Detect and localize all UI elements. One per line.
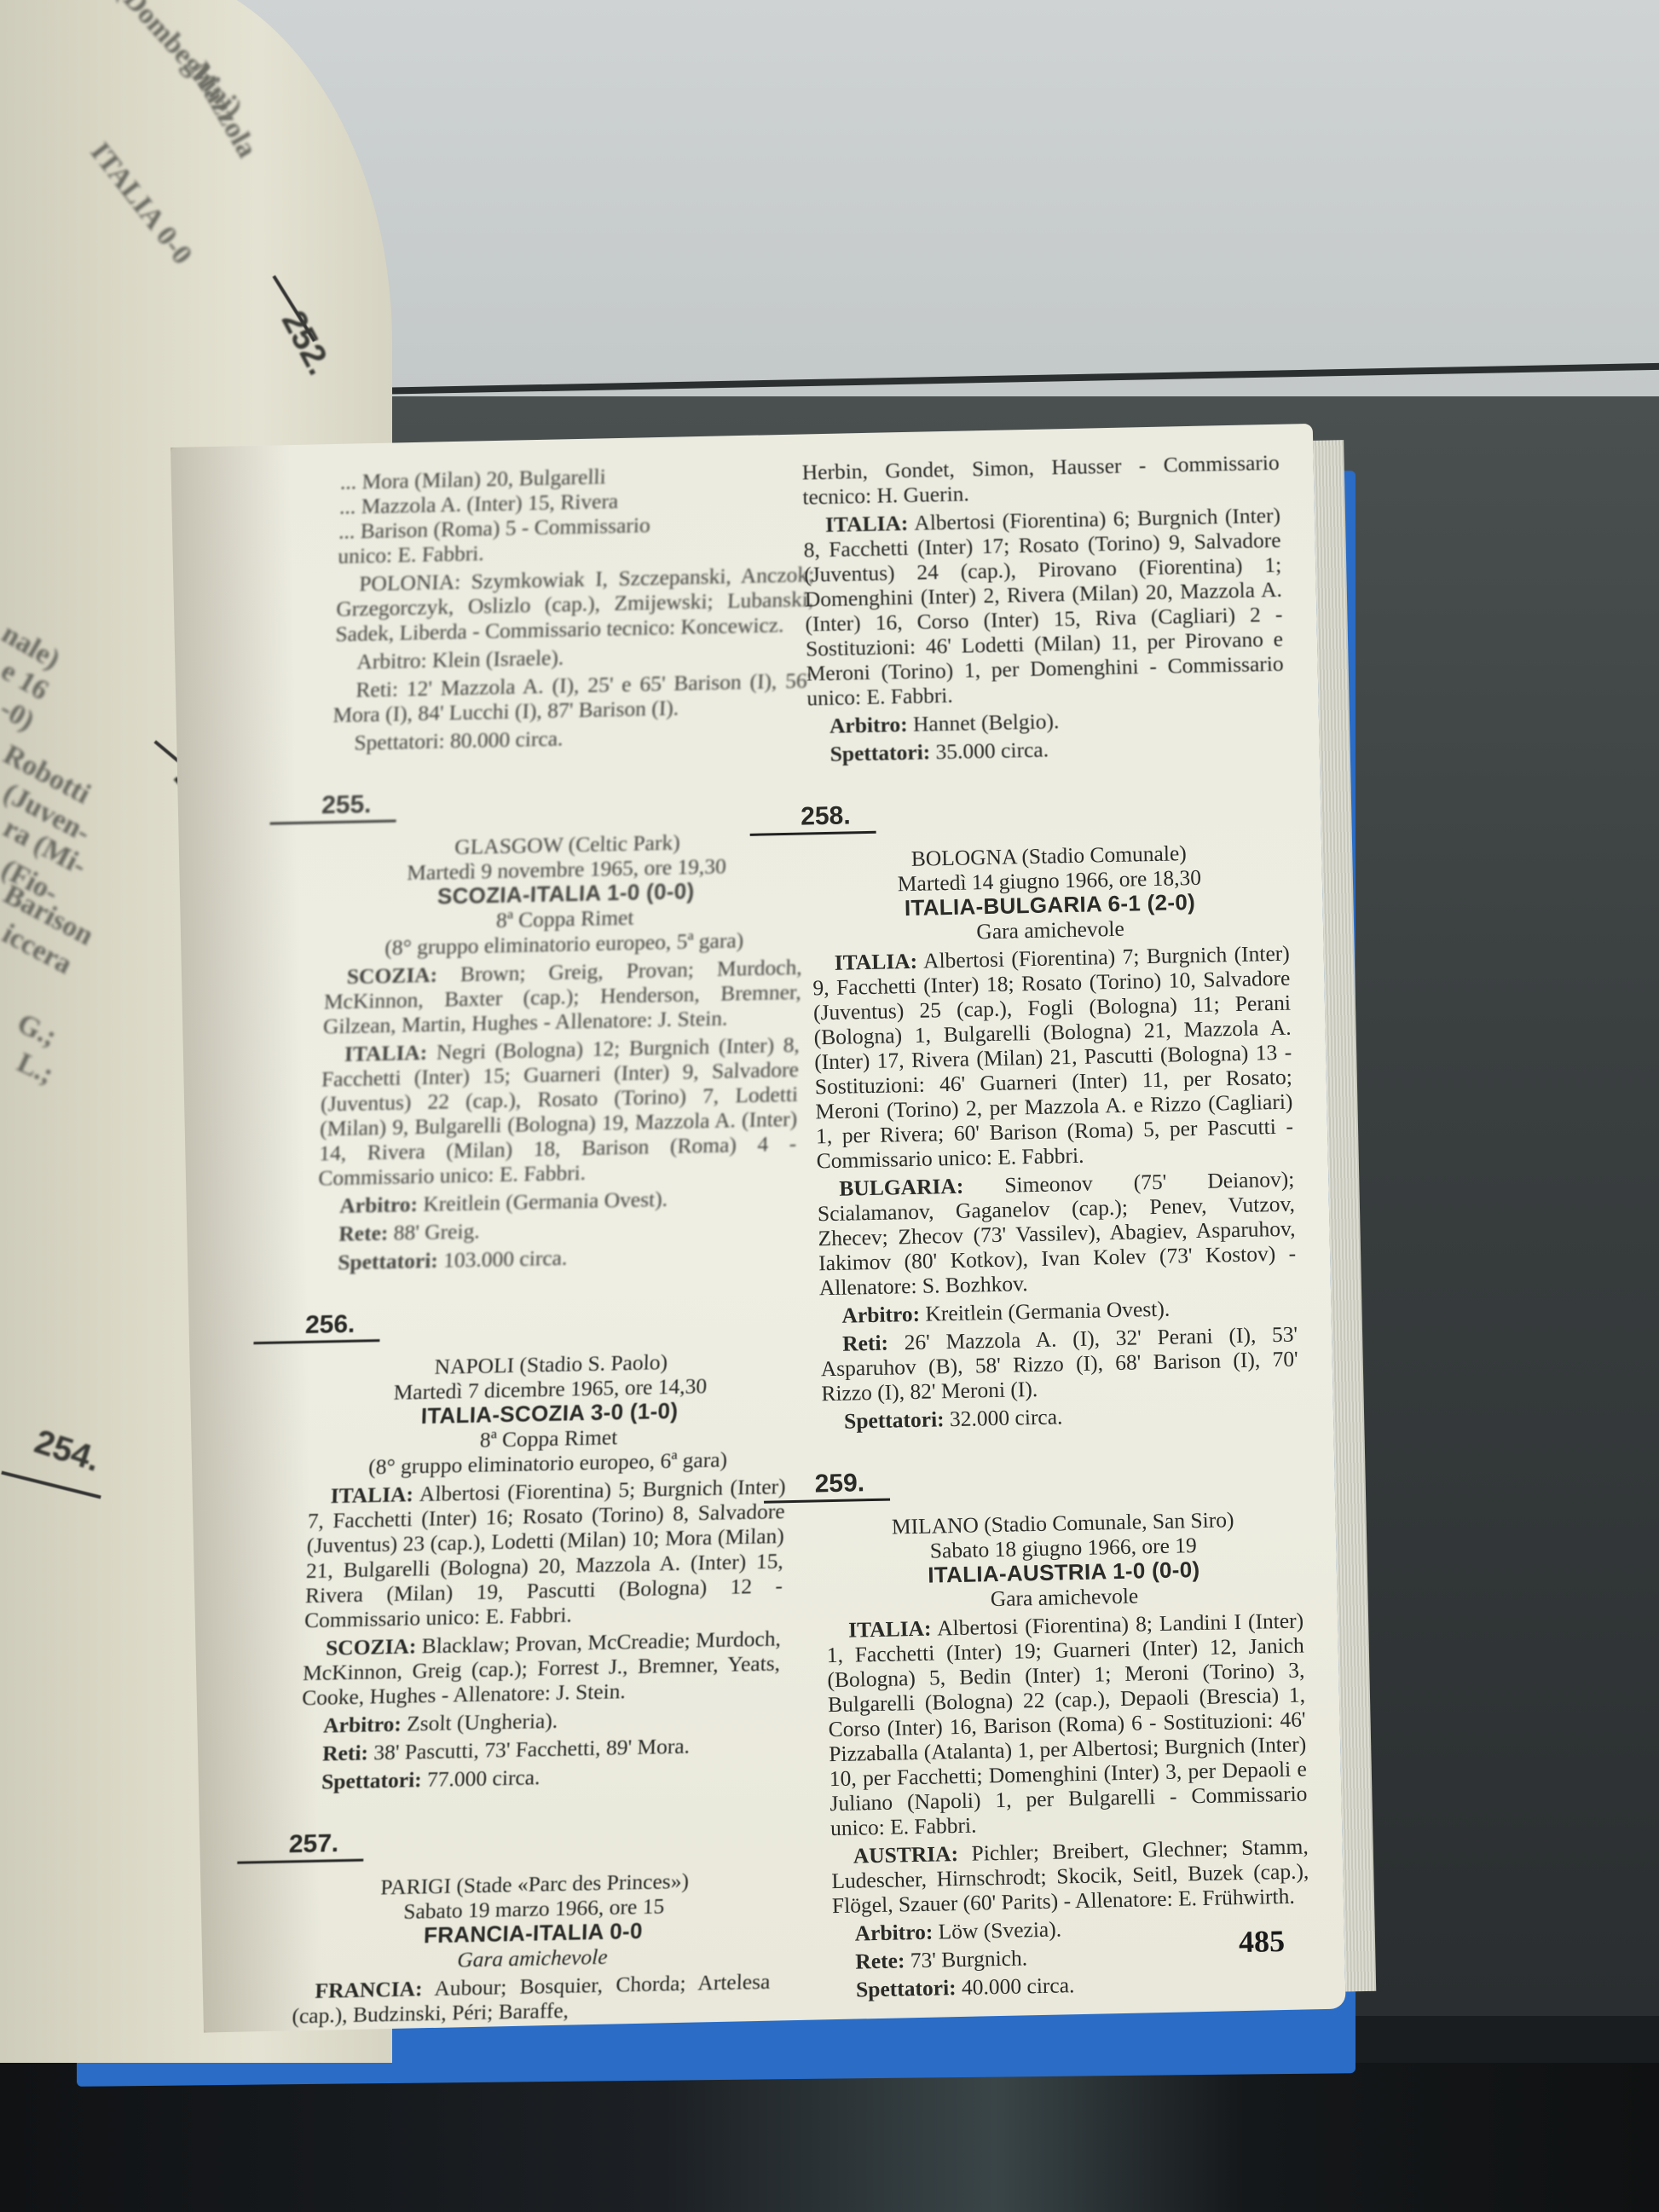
background-table [0,2063,1659,2212]
spectators: Spettatori: 80.000 circa. [332,720,810,755]
team-lineup: ITALIA: Negri (Bologna) 12; Burgnich (In… [318,1032,800,1191]
spectators: Spettatori: 32.000 circa. [822,1400,1299,1435]
right-column: Herbin, Gondet, Simon, Hausser - Commiss… [801,450,1312,2040]
match-entry-255: 255. GLASGOW (Celtic Park) Martedì 9 nov… [315,783,808,1274]
match-entry-256: 256. NAPOLI (Stadio S. Paolo) Martedì 7 … [299,1302,792,1794]
spectators: Spettatori: 40.000 circa. [834,1967,1311,2002]
entry-number: 259. [763,1470,890,1504]
spectators: Spettatori: 35.000 circa. [807,732,1285,767]
entry-number: 257. [237,1831,364,1864]
team-lineup: POLONIA: Szymkowiak I, Szczepanski, Ancz… [335,562,815,646]
left-page-fragment: (Dombeghini) [110,0,248,124]
entry-number: 254. [30,1423,105,1480]
team-lineup: SCOZIA: Brown; Greig, Provan; Murdoch, M… [323,955,803,1039]
team-lineup: ITALIA: Albertosi (Fiorentina) 7; Burgni… [812,941,1294,1174]
entry-number: 252. [274,305,338,382]
goals: Reti: 12' Mazzola A. (I), 25' e 65' Bari… [332,667,812,727]
continuation-block: ... Mora (Milan) 20, Bulgarelli ... Mazz… [332,459,818,755]
team-lineup: BULGARIA: Simeonov (75' Deianov); Sciala… [817,1167,1297,1301]
team-lineup: SCOZIA: Blacklaw; Provan, McCreadie; Mur… [302,1626,782,1710]
page-number: 485 [1239,1923,1286,1960]
right-page: ... Mora (Milan) 20, Bulgarelli ... Mazz… [171,424,1346,2033]
entry-number: 258. [749,803,876,836]
entry-number: 256. [253,1311,380,1344]
match-entry-258: 258. BOLOGNA (Stadio Comunale) Martedì 1… [809,794,1299,1435]
continuation-block: Herbin, Gondet, Simon, Hausser - Commiss… [801,450,1285,767]
match-entry-257: 257. PARIGI (Stade «Parc des Princes») S… [292,1822,775,2029]
left-page-fragment: L.; [12,1047,59,1091]
entry-number: 255. [270,792,397,825]
text-line: Herbin, Gondet, Simon, Hausser - Commiss… [801,450,1280,510]
spectators: Spettatori: 77.000 circa. [299,1759,777,1794]
spectators: Spettatori: 103.000 circa. [315,1240,794,1275]
team-lineup: ITALIA: Albertosi (Fiorentina) 8; Landin… [826,1608,1308,1840]
match-entry-259: 259. MILANO (Stadio Comunale, San Siro) … [823,1462,1311,2003]
left-page-fragment: G.; [12,1008,61,1054]
team-lineup: FRANCIA: Aubour; Bosquier, Chorda; Artel… [292,1969,771,2029]
left-page-fragment: ITALIA 0-0 [84,136,199,271]
goals: Reti: 26' Mazzola A. (I), 32' Perani (I)… [820,1322,1299,1406]
team-lineup: ITALIA: Albertosi (Fiorentina) 6; Burgni… [803,503,1285,711]
team-lineup: AUSTRIA: Pichler; Breibert, Glechner; St… [830,1834,1309,1918]
team-lineup: ITALIA: Albertosi (Fiorentina) 5; Burgni… [304,1474,786,1632]
left-column: ... Mora (Milan) 20, Bulgarelli ... Mazz… [291,459,818,2065]
